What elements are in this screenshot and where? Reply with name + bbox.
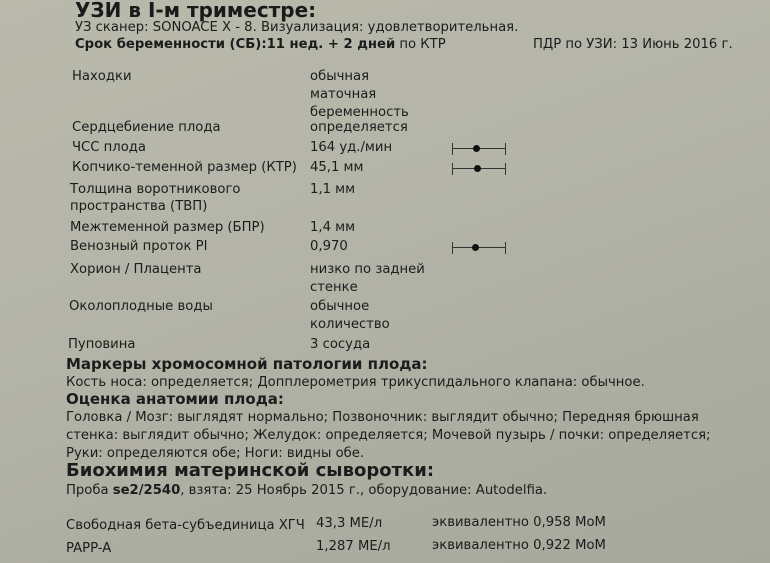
finding-value: обычная маточная беременность (310, 68, 409, 122)
biochem-mom: эквивалентно 0,958 МоМ (432, 515, 606, 530)
measurement-marker (472, 244, 479, 251)
gestational-age: Срок беременности (СБ):11 нед. + 2 дней … (75, 37, 446, 52)
finding-value: 164 уд./мин (310, 139, 392, 157)
finding-value: 0,970 (310, 238, 348, 256)
anatomy-heading: Оценка анатомии плода: (66, 390, 284, 408)
finding-value: 3 сосуда (310, 336, 370, 354)
finding-value: обычное количество (310, 298, 390, 334)
sample-info: Проба se2/2540, взята: 25 Ноябрь 2015 г.… (66, 483, 547, 498)
biochem-heading: Биохимия материнской сыворотки: (66, 460, 434, 481)
sample-prefix: Проба (66, 483, 113, 498)
finding-label: Копчико-теменной размер (КТР) (72, 159, 297, 176)
reference-range-indicator (452, 143, 506, 155)
finding-label: Находки (72, 68, 132, 85)
anatomy-line: Головка / Мозг: выглядят нормально; Позв… (66, 408, 699, 427)
biochem-name: Свободная бета-субъединица ХГЧ (66, 518, 305, 533)
gestational-age-label: Срок беременности (СБ):11 нед. + 2 дней (75, 37, 395, 52)
finding-label: Пуповина (68, 336, 135, 353)
finding-label: Венозный проток PI (70, 238, 207, 255)
finding-label: Межтеменной размер (БПР) (70, 219, 265, 236)
sample-details: , взята: 25 Ноябрь 2015 г., оборудование… (180, 483, 547, 498)
finding-label: Сердцебиение плода (72, 119, 221, 136)
finding-label: Околоплодные воды (69, 298, 213, 315)
biochem-name: PAPP-A (66, 541, 111, 556)
reference-range-indicator (452, 163, 506, 175)
page-title: УЗИ в I-м триместре: (75, 0, 316, 22)
finding-value: определяется (310, 119, 408, 137)
finding-label: Хорион / Плацента (70, 261, 201, 278)
sample-id: se2/2540 (113, 483, 181, 498)
finding-label: Толщина воротникового пространства (ТВП) (70, 181, 240, 215)
finding-value: низко по задней стенке (310, 261, 425, 297)
finding-value: 1,4 мм (310, 219, 355, 237)
anatomy-line: стенка: выглядит обычно; Желудок: опреде… (66, 426, 710, 445)
scanner-line: УЗ сканер: SONOACE X - 8. Визуализация: … (75, 20, 518, 35)
biochem-mom: эквивалентно 0,922 МоМ (432, 538, 606, 553)
finding-value: 45,1 мм (310, 159, 363, 177)
measurement-marker (473, 145, 480, 152)
reference-range-indicator (452, 242, 506, 254)
measurement-marker (474, 165, 481, 172)
biochem-value: 1,287 МЕ/л (316, 539, 391, 554)
estimated-due-date: ПДР по УЗИ: 13 Июнь 2016 г. (533, 37, 733, 52)
finding-label: ЧСС плода (72, 139, 146, 156)
markers-heading: Маркеры хромосомной патологии плода: (66, 355, 428, 373)
gestational-age-basis: по КТР (395, 37, 445, 52)
biochem-value: 43,3 МЕ/л (316, 516, 382, 531)
finding-value: 1,1 мм (310, 181, 355, 199)
